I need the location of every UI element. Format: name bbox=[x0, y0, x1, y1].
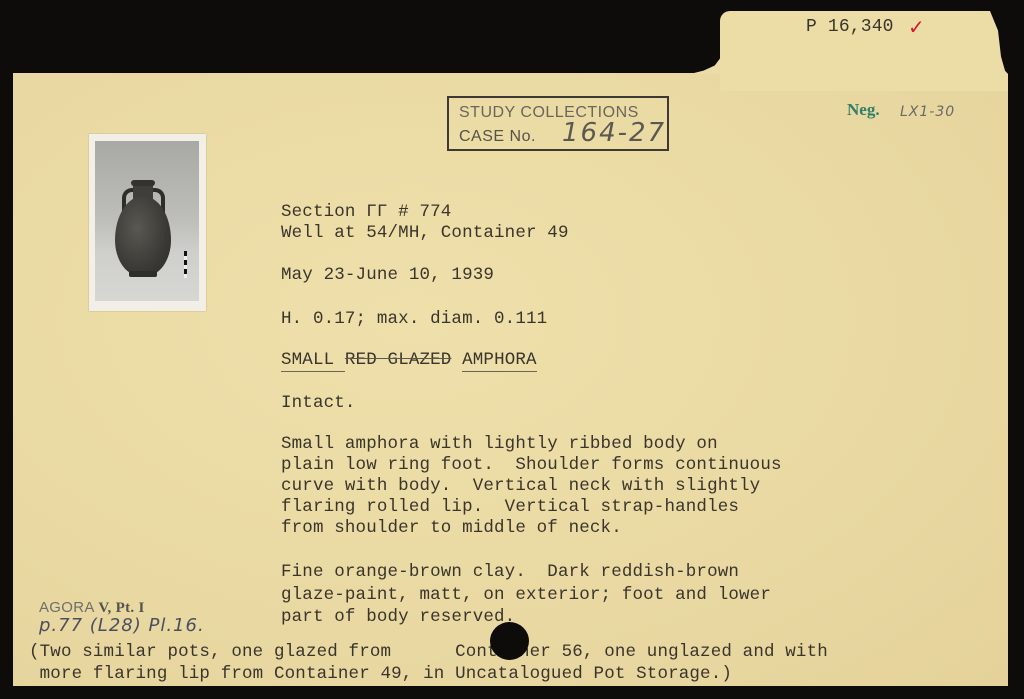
condition-field: Intact. bbox=[281, 393, 356, 414]
study-collections-stamp: STUDY COLLECTIONS CASE No. 164-27 bbox=[447, 96, 669, 151]
date-field: May 23-June 10, 1939 bbox=[281, 265, 494, 286]
object-photo-mount bbox=[89, 134, 206, 311]
stamp-case-label: CASE No. bbox=[459, 128, 536, 146]
title-word-small: SMALL bbox=[281, 350, 334, 372]
publication-reference: p.77 (L28) Pl.16. bbox=[39, 615, 205, 636]
amphora-photo bbox=[95, 141, 199, 301]
amphora-lip bbox=[131, 180, 155, 186]
negative-number: LX1-30 bbox=[900, 104, 955, 120]
scale-bar-icon bbox=[184, 251, 187, 278]
check-mark-icon: ✓ bbox=[908, 15, 925, 39]
publication-volume: V, Pt. I bbox=[98, 600, 144, 616]
stamp-case-number: 164-27 bbox=[562, 118, 666, 148]
title-word-red-struck: RED bbox=[345, 350, 377, 370]
catalog-number: P 16,340 bbox=[806, 17, 894, 38]
section-field: Section ΓΓ # 774 bbox=[281, 202, 451, 223]
dimensions-field: H. 0.17; max. diam. 0.111 bbox=[281, 309, 547, 330]
title-word-glazed-struck: GLAZED bbox=[388, 350, 452, 370]
amphora-foot bbox=[129, 271, 157, 277]
object-title: SMALL RED GLAZED AMPHORA bbox=[281, 350, 537, 371]
fabric-field: Fine orange-brown clay. Dark reddish-bro… bbox=[281, 561, 771, 629]
description-field: Small amphora with lightly ribbed body o… bbox=[281, 434, 782, 539]
amphora-body bbox=[115, 196, 171, 276]
negative-label: Neg. bbox=[847, 100, 880, 120]
punch-hole bbox=[490, 622, 529, 660]
context-field: Well at 54/MH, Container 49 bbox=[281, 223, 569, 244]
title-word-amphora: AMPHORA bbox=[462, 350, 537, 372]
remarks-note: (Two similar pots, one glazed from Conta… bbox=[29, 641, 828, 685]
publication-series: AGORA bbox=[39, 599, 94, 616]
